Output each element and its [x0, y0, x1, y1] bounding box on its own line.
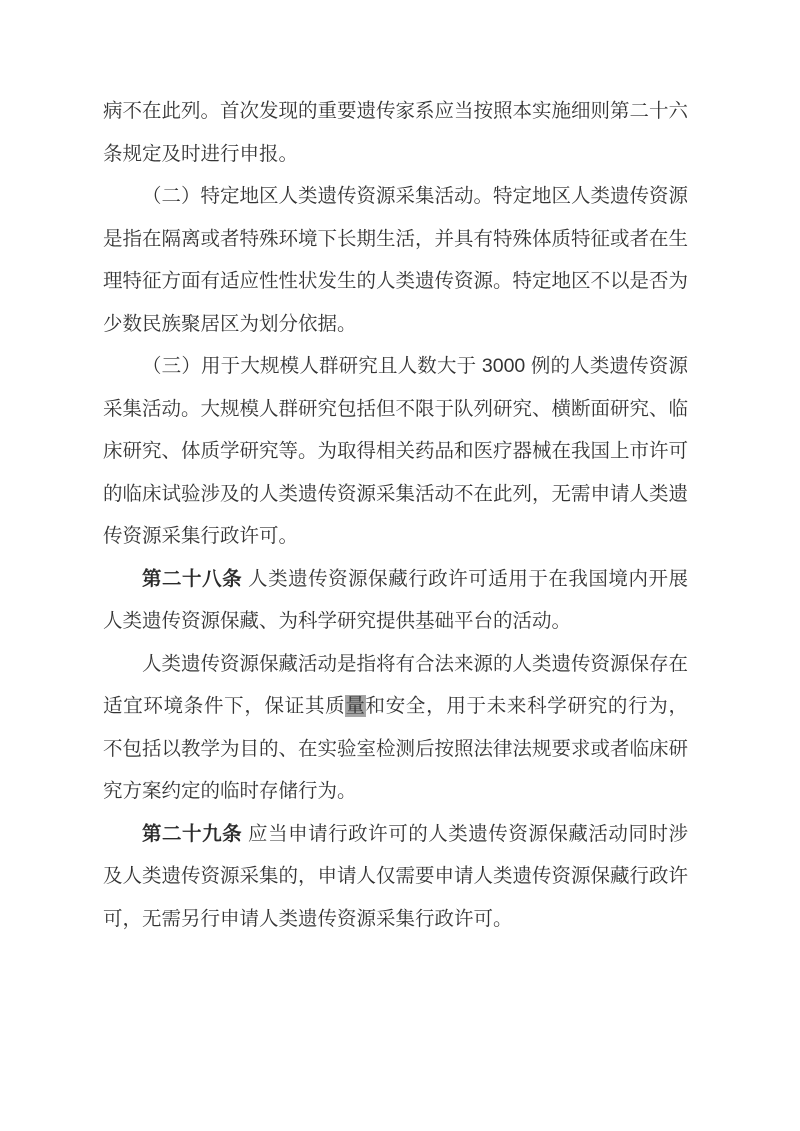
text-segment: 病不在此列。首次发现的重要遗传家系应当按照本实施细则第二十六条规定及时进行申报。	[103, 100, 688, 165]
highlighted-character: 量	[345, 695, 365, 717]
article-number: 第二十九条	[142, 823, 242, 845]
document-page: 病不在此列。首次发现的重要遗传家系应当按照本实施细则第二十六条规定及时进行申报。…	[0, 0, 800, 1131]
article-number: 第二十八条	[142, 568, 242, 590]
paragraph: （三）用于大规模人群研究且人数大于 3000 例的人类遗传资源采集活动。大规模人…	[103, 345, 688, 558]
document-body: 病不在此列。首次发现的重要遗传家系应当按照本实施细则第二十六条规定及时进行申报。…	[103, 90, 688, 940]
paragraph: 第二十九条 应当申请行政许可的人类遗传资源保藏活动同时涉及人类遗传资源采集的，申…	[103, 813, 688, 941]
paragraph: 病不在此列。首次发现的重要遗传家系应当按照本实施细则第二十六条规定及时进行申报。	[103, 90, 688, 175]
paragraph: （二）特定地区人类遗传资源采集活动。特定地区人类遗传资源是指在隔离或者特殊环境下…	[103, 175, 688, 345]
paragraph: 第二十八条 人类遗传资源保藏行政许可适用于在我国境内开展人类遗传资源保藏、为科学…	[103, 558, 688, 643]
text-segment: （二）特定地区人类遗传资源采集活动。特定地区人类遗传资源是指在隔离或者特殊环境下…	[103, 185, 688, 335]
paragraph: 人类遗传资源保藏活动是指将有合法来源的人类遗传资源保存在适宜环境条件下，保证其质…	[103, 643, 688, 813]
text-segment: （三）用于大规模人群研究且人数大于 3000 例的人类遗传资源采集活动。大规模人…	[103, 355, 688, 547]
